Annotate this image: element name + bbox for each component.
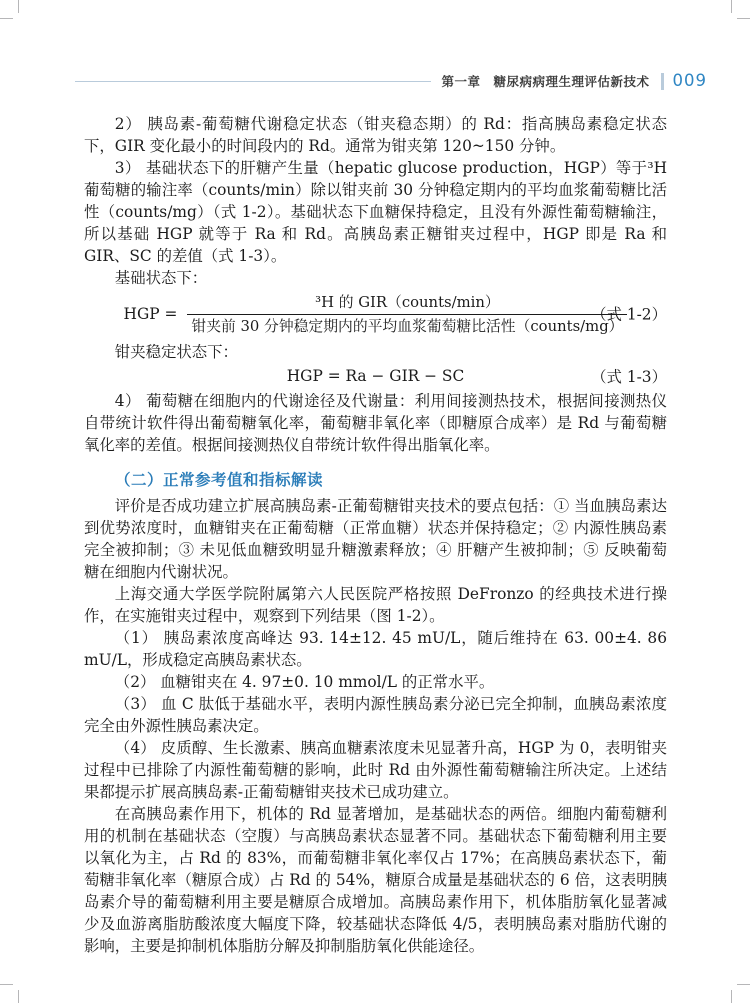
crop-mark-bottom-right-h: [737, 984, 750, 985]
paragraph: 在高胰岛素作用下，机体的 Rd 显著增加，是基础状态的两倍。细胞内葡萄糖利用的机…: [84, 803, 667, 957]
page-number: 009: [673, 73, 708, 90]
equation-lhs: HGP =: [124, 305, 178, 324]
crop-mark-top-left-v: [18, 0, 19, 13]
equation-body: HGP = Ra − GIR − SC: [287, 367, 465, 385]
section-heading: （二）正常参考值和指标解读: [84, 469, 667, 491]
crop-mark-top-right-h: [737, 18, 750, 19]
paragraph: （4） 皮质醇、生长激素、胰高血糖素浓度未见显著升高，HGP 为 0，表明钳夹过…: [84, 737, 667, 803]
equation-tag: （式 1-3）: [591, 366, 667, 388]
crop-mark-top-right-v: [731, 0, 732, 13]
book-page: 第一章 糖尿病病理生理评估新技术 009 2） 胰岛素-葡萄糖代谢稳定状态（钳夹…: [0, 0, 750, 1003]
formula-lead-in: 钳夹稳定状态下：: [84, 341, 667, 363]
paragraph: （3） 血 C 肽低于基础水平，表明内源性胰岛素分泌已完全抑制，血胰岛素浓度完全…: [84, 693, 667, 737]
equation-tag: （式 1-2）: [591, 306, 667, 325]
paragraph: （1） 胰岛素浓度高峰达 93. 14±12. 45 mU/L，随后维持在 63…: [84, 627, 667, 671]
paragraph: （2） 血糖钳夹在 4. 97±0. 10 mmol/L 的正常水平。: [84, 671, 667, 693]
crop-mark-bottom-right-v: [731, 990, 732, 1003]
content: 2） 胰岛素-葡萄糖代谢稳定状态（钳夹稳态期）的 Rd：指高胰岛素稳定状态下，G…: [84, 113, 667, 957]
fraction-denominator: 钳夹前 30 分钟稳定期内的平均血浆葡萄糖比活性（counts/mg）: [187, 315, 627, 336]
crop-mark-top-left-h: [0, 18, 13, 19]
crop-mark-bottom-left-h: [0, 984, 13, 985]
header-rule: [75, 81, 431, 82]
paragraph: 4） 葡萄糖在细胞内的代谢途径及代谢量：利用间接测热技术，根据间接测热仪自带统计…: [84, 390, 667, 456]
paragraph: 2） 胰岛素-葡萄糖代谢稳定状态（钳夹稳态期）的 Rd：指高胰岛素稳定状态下，G…: [84, 113, 667, 157]
running-header: 第一章 糖尿病病理生理评估新技术 009: [75, 67, 707, 95]
fraction-numerator: ³H 的 GIR（counts/min）: [187, 293, 627, 315]
formula-lead-in: 基础状态下：: [84, 267, 667, 289]
header-separator: [661, 73, 664, 90]
paragraph: 上海交通大学医学院附属第六人民医院严格按照 DeFronzo 的经典技术进行操作…: [84, 583, 667, 627]
equation: HGP = Ra − GIR − SC（式 1-3）: [84, 363, 667, 390]
chapter-title: 糖尿病病理生理评估新技术: [493, 72, 649, 90]
chapter-label: 第一章: [441, 72, 480, 90]
crop-mark-bottom-left-v: [18, 990, 19, 1003]
fraction: ³H 的 GIR（counts/min）钳夹前 30 分钟稳定期内的平均血浆葡萄…: [187, 293, 627, 336]
paragraph: 3） 基础状态下的肝糖产生量（hepatic glucose productio…: [84, 157, 667, 267]
paragraph: 评价是否成功建立扩展高胰岛素-正葡萄糖钳夹技术的要点包括：① 当血胰岛素达到优势…: [84, 495, 667, 583]
equation-fraction: HGP =³H 的 GIR（counts/min）钳夹前 30 分钟稳定期内的平…: [84, 289, 667, 341]
